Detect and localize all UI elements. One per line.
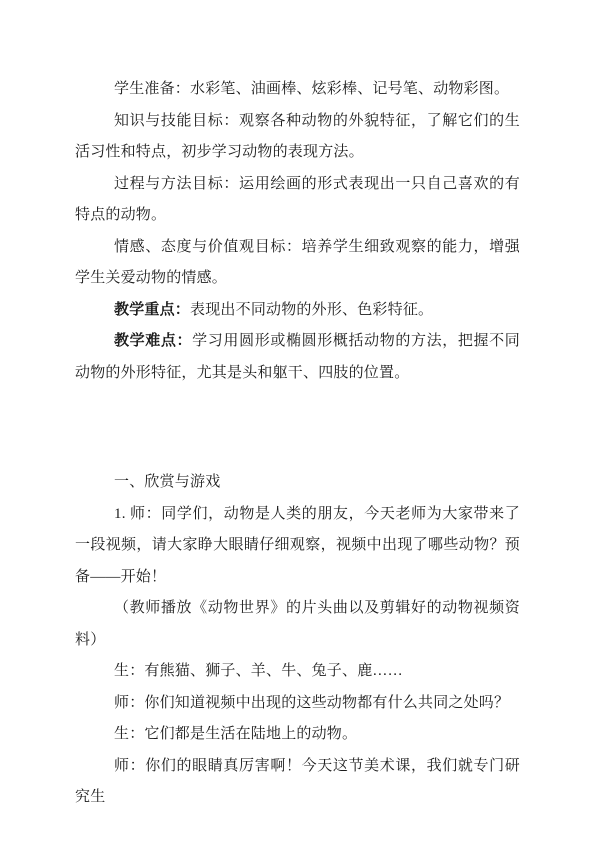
para-teaching-key-points: 教学重点：表现出不同动物的外形、色彩特征。 — [75, 295, 520, 327]
para-process-method-objective: 过程与方法目标：运用绘画的形式表现出一只自己喜欢的有特点的动物。 — [75, 169, 520, 232]
heading-section-one-appreciation-game: 一、欣赏与游戏 — [75, 467, 520, 499]
para-student-preparation: 学生准备：水彩笔、油画棒、炫彩棒、记号笔、动物彩图。 — [75, 74, 520, 106]
para-teacher-plays-video-note: （教师播放《动物世界》的片头曲以及剪辑好的动物视频资料） — [75, 593, 520, 656]
section-teaching-process-appreciation-and-game: 一、欣赏与游戏 1. 师：同学们，动物是人类的朋友，今天老师为大家带来了一段视频… — [75, 467, 520, 814]
section-teaching-preparation-and-objectives: 学生准备：水彩笔、油画棒、炫彩棒、记号笔、动物彩图。 知识与技能目标：观察各种动… — [75, 74, 520, 389]
document-content: 学生准备：水彩笔、油画棒、炫彩棒、记号笔、动物彩图。 知识与技能目标：观察各种动… — [75, 74, 520, 814]
para-student-answer-animals: 生：有熊猫、狮子、羊、牛、兔子、鹿…… — [75, 656, 520, 688]
para-emotion-attitude-values-objective: 情感、态度与价值观目标：培养学生细致观察的能力，增强学生关爱动物的情感。 — [75, 232, 520, 295]
teaching-key-points-text: 表现出不同动物的外形、色彩特征。 — [190, 302, 433, 318]
para-teacher-intro-video: 1. 师：同学们，动物是人类的朋友，今天老师为大家带来了一段视频，请大家睁大眼睛… — [75, 499, 520, 594]
para-teacher-praise-transition: 师：你们的眼睛真厉害啊！今天这节美术课，我们就专门研究生 — [75, 751, 520, 814]
document-page: 学生准备：水彩笔、油画棒、炫彩棒、记号笔、动物彩图。 知识与技能目标：观察各种动… — [0, 0, 595, 842]
teaching-difficulties-label: 教学难点： — [114, 333, 192, 349]
para-teaching-difficulties: 教学难点：学习用圆形或椭圆形概括动物的方法，把握不同动物的外形特征，尤其是头和躯… — [75, 326, 520, 389]
para-student-answer-land-animals: 生：它们都是生活在陆地上的动物。 — [75, 719, 520, 751]
blank-lines-gap — [75, 389, 520, 467]
para-knowledge-skills-objective: 知识与技能目标：观察各种动物的外貌特征，了解它们的生活习性和特点，初步学习动物的… — [75, 106, 520, 169]
teaching-key-points-label: 教学重点： — [114, 302, 190, 318]
para-teacher-question-common-traits: 师：你们知道视频中出现的这些动物都有什么共同之处吗？ — [75, 688, 520, 720]
